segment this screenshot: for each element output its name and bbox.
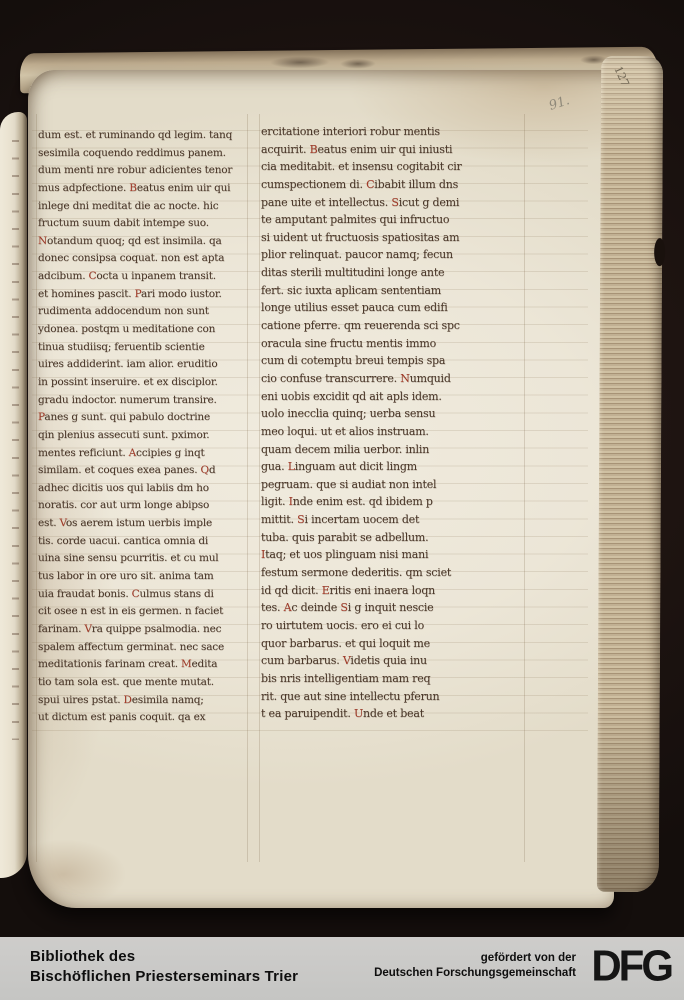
manuscript-line: Notandum quoq; qd est insimila. qa (38, 233, 250, 251)
funding-credit-line2: Deutschen Forschungsgemeinschaft (374, 966, 576, 981)
vertical-ruling-line (259, 114, 260, 862)
manuscript-line: tio tam sola est. que mente mutat. (38, 674, 250, 692)
manuscript-line: cum di cotemptu breui tempis spa (261, 352, 527, 370)
manuscript-line: spui uires pstat. Desimila namq; (38, 692, 250, 710)
manuscript-line: cumspectionem di. Cibabit illum dns (261, 176, 527, 194)
manuscript-line: donec consipsa coquat. non est apta (38, 250, 250, 268)
manuscript-line: fert. sic iuxta aplicam sententiam (261, 282, 527, 300)
manuscript-line: est. Vos aerem istum uerbis imple (38, 515, 250, 533)
manuscript-line: sesimila coquendo reddimus panem. (38, 145, 250, 163)
manuscript-line: tuba. quis parabit se adbellum. (261, 529, 527, 547)
manuscript-line: uina sine sensu pcurritis. et cu mul (38, 550, 250, 568)
manuscript-line: oracula sine fructu mentis immo (261, 335, 527, 353)
manuscript-line: ro uirtutem uocis. ero ei cui lo (261, 617, 527, 635)
manuscript-line: tes. Ac deinde Si g inquit nescie (261, 599, 527, 617)
manuscript-line: meo loqui. ut et alios instruam. (261, 423, 527, 441)
manuscript-line: adcibum. Cocta u inpanem transit. (38, 268, 250, 286)
manuscript-line: acquirit. Beatus enim uir qui iniusti (261, 141, 527, 159)
right-column: ercitatione interiori robur mentisacquir… (261, 123, 527, 723)
manuscript-line: qin plenius assecuti sunt. pximor. (38, 427, 250, 445)
folio-number-pencil: 91. (547, 93, 571, 114)
manuscript-line: et homines pascit. Pari modo iustor. (38, 286, 250, 304)
fore-edge-notch (654, 238, 665, 266)
manuscript-line: gua. Linguam aut dicit lingm (261, 458, 527, 476)
top-edge-ink-smudge (340, 59, 376, 69)
manuscript-line: tus labor in ore uro sit. anima tam (38, 568, 250, 586)
manuscript-line: quam decem milia uerbor. inlin (261, 441, 527, 459)
parchment-page: 91. dum est. et ruminando qd legim. tanq… (28, 70, 614, 908)
manuscript-line: eni uobis excidit qd ait apls idem. (261, 388, 527, 406)
manuscript-line: tinua studiisq; feruentib scientie (38, 339, 250, 357)
manuscript-line: cia meditabit. et insensu cogitabit cir (261, 158, 527, 176)
manuscript-line: ligit. Inde enim est. qd ibidem p (261, 493, 527, 511)
manuscript-line: cum barbarus. Videtis quia inu (261, 652, 527, 670)
manuscript-line: gradu indoctor. numerum transire. (38, 392, 250, 410)
manuscript-line: pegruam. que si audiat non intel (261, 476, 527, 494)
manuscript-line: cio confuse transcurrere. Numquid (261, 370, 527, 388)
manuscript-line: inlege dni meditat die ac nocte. hic (38, 198, 250, 216)
manuscript-scan-photo: 91. dum est. et ruminando qd legim. tanq… (0, 0, 684, 1000)
manuscript-line: mittit. Si incertam uocem det (261, 511, 527, 529)
manuscript-line: adhec dicitis uos qui labiis dm ho (38, 480, 250, 498)
manuscript-line: dum est. et ruminando qd legim. tanq (38, 127, 250, 145)
manuscript-line: rit. que aut sine intellectu pferun (261, 688, 527, 706)
manuscript-line: uolo inecclia quinq; uerba sensu (261, 405, 527, 423)
manuscript-line: Itaq; et uos plinguam nisi mani (261, 546, 527, 564)
vertical-ruling-line (36, 114, 37, 862)
manuscript-line: cit osee n est in eis germen. n faciet (38, 603, 250, 621)
manuscript-line: in possint inseruire. et ex disciplor. (38, 374, 250, 392)
manuscript-line: fructum suum dabit intempe suo. (38, 215, 250, 233)
funding-credit: gefördert von der Deutschen Forschungsge… (374, 951, 576, 980)
manuscript-line: t ea paruipendit. Unde et beat (261, 705, 527, 723)
facing-page-sliver (0, 112, 27, 878)
funding-credit-line1: gefördert von der (374, 951, 576, 966)
manuscript-line: bis nris intelligentiam mam req (261, 670, 527, 688)
manuscript-line: similam. et coques exea panes. Qd (38, 462, 250, 480)
manuscript-line: ditas sterili multitudini longe ante (261, 264, 527, 282)
manuscript-line: festum sermone dederitis. qm sciet (261, 564, 527, 582)
manuscript-line: mus adpfectione. Beatus enim uir qui (38, 180, 250, 198)
manuscript-line: tis. corde uacui. cantica omnia di (38, 533, 250, 551)
manuscript-line: uires addiderint. iam alior. eruditio (38, 356, 250, 374)
manuscript-line: dum menti nre robur adicientes tenor (38, 162, 250, 180)
manuscript-line: farinam. Vra quippe psalmodia. nec (38, 621, 250, 639)
manuscript-line: id qd dicit. Eritis eni inaera loqn (261, 582, 527, 600)
manuscript-line: longe utilius esset pauca cum edifi (261, 299, 527, 317)
library-credit-line1: Bibliothek des (30, 947, 298, 967)
fore-edge-pencil-mark: 127 (611, 64, 631, 88)
manuscript-line: ydonea. postqm u meditatione con (38, 321, 250, 339)
facing-page-text-ticks (12, 140, 19, 740)
manuscript-line: ercitatione interiori robur mentis (261, 123, 527, 141)
library-credit-line2: Bischöflichen Priesterseminars Trier (30, 967, 298, 987)
manuscript-line: noratis. cor aut urm longe abipso (38, 497, 250, 515)
digitization-footer: Bibliothek des Bischöflichen Priestersem… (0, 937, 684, 1000)
manuscript-line: pane uite et intellectus. Sicut g demi (261, 194, 527, 212)
manuscript-line: spalem affectum germinat. nec sace (38, 639, 250, 657)
manuscript-line: te amputant palmites qui infructuo (261, 211, 527, 229)
library-credit: Bibliothek des Bischöflichen Priestersem… (30, 947, 298, 986)
manuscript-line: Panes g sunt. qui pabulo doctrine (38, 409, 250, 427)
manuscript-line: uia fraudat bonis. Culmus stans di (38, 586, 250, 604)
dfg-logo: DFG (591, 941, 671, 991)
top-edge-ink-smudge (270, 56, 330, 69)
manuscript-line: mentes reficiunt. Accipies g inqt (38, 445, 250, 463)
manuscript-line: rudimenta addocendum non sunt (38, 303, 250, 321)
fore-edge-page-stack: 127 (597, 56, 663, 892)
manuscript-line: plior relinquat. paucor namq; fecun (261, 246, 527, 264)
manuscript-line: ut dictum est panis coquit. qa ex (38, 709, 250, 727)
manuscript-line: quor barbarus. et qui loquit me (261, 635, 527, 653)
manuscript-line: si uident ut fructuosis spatiositas am (261, 229, 527, 247)
left-column: dum est. et ruminando qd legim. tanqsesi… (38, 127, 250, 727)
manuscript-line: catione pferre. qm reuerenda sci spc (261, 317, 527, 335)
manuscript-line: meditationis farinam creat. Medita (38, 656, 250, 674)
